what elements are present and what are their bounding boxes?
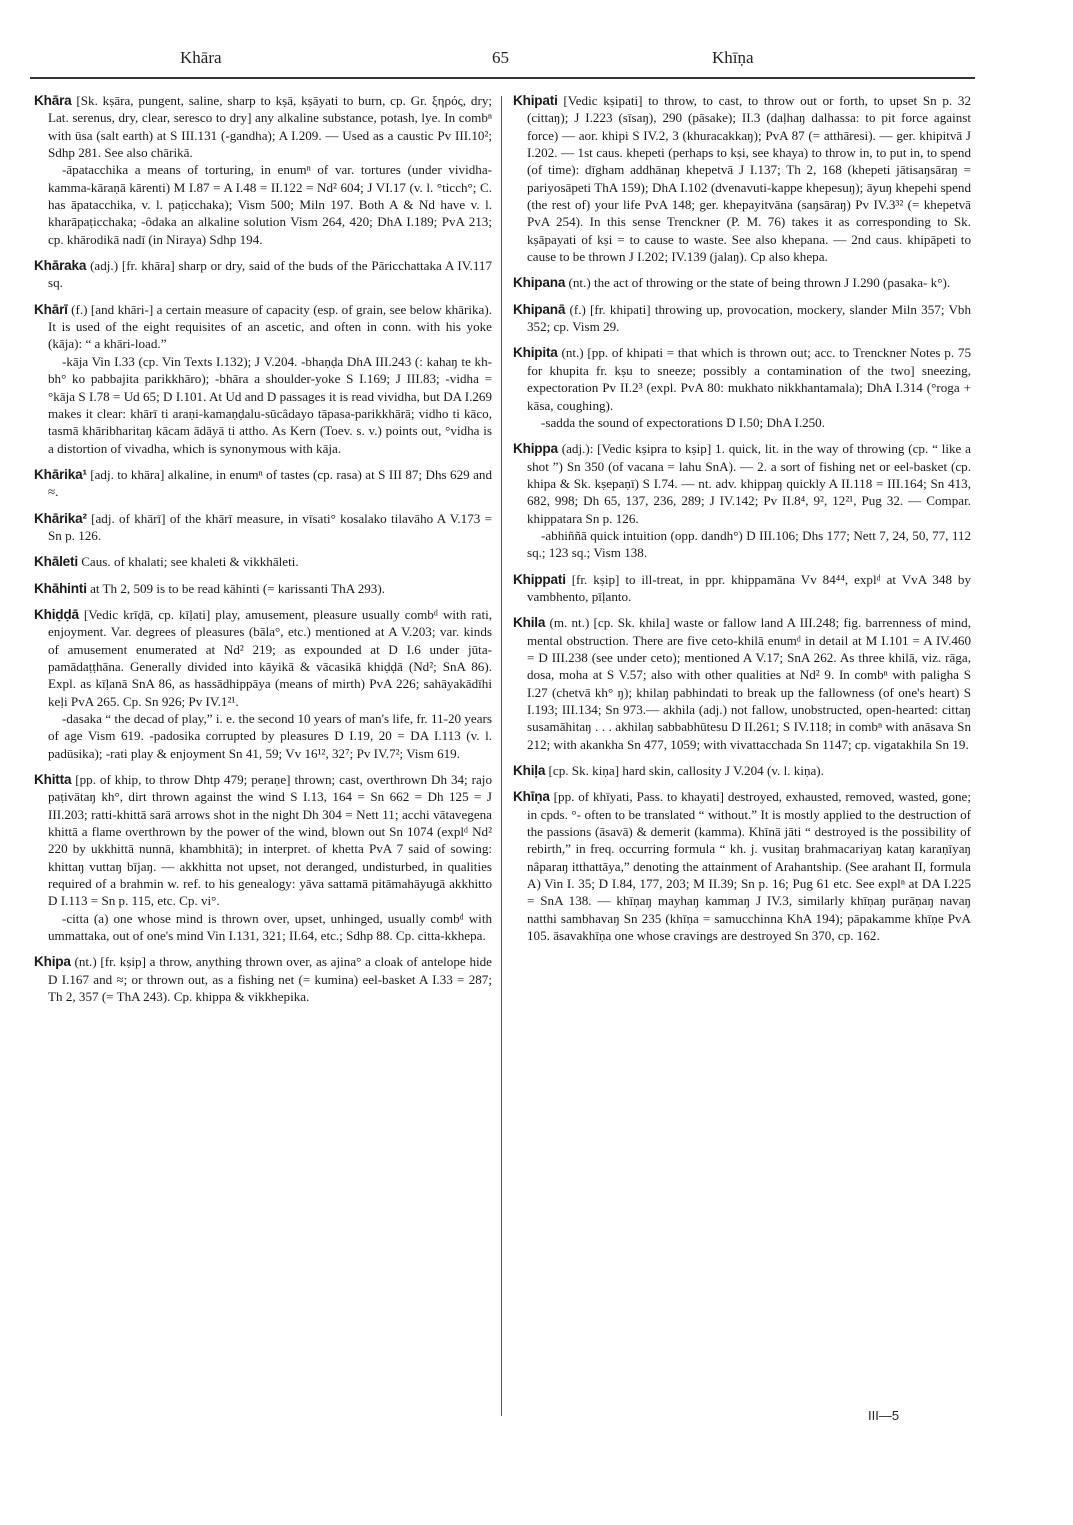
headword: Khārika¹ <box>34 467 87 482</box>
entry-definition: [Vedic kṣipati] to throw, to cast, to th… <box>527 93 971 264</box>
entry-definition: (adj.): [Vedic kṣipra to kṣip] 1. quick,… <box>527 441 971 525</box>
dictionary-entry-khippa: Khippa (adj.): [Vedic kṣipra to kṣip] 1.… <box>513 440 971 561</box>
signature-mark: III—5 <box>868 1408 899 1423</box>
entry-definition: [pp. of khīyati, Pass. to khayati] destr… <box>527 789 971 943</box>
entry-definition: (adj.) [fr. khāra] sharp or dry, said of… <box>48 258 492 290</box>
entry-definition: (m. nt.) [cp. Sk. khila] waste or fallow… <box>527 615 971 751</box>
dictionary-entry-khipita: Khipita (nt.) [pp. of khipati = that whi… <box>513 344 971 431</box>
dictionary-entry-kha-rika: Khārika² [adj. of khārī] of the khārī me… <box>34 510 492 545</box>
header-rule <box>30 77 975 79</box>
entry-definition: at Th 2, 509 is to be read kāhinti (= ka… <box>90 581 385 596</box>
headword: Khāleti <box>34 554 78 569</box>
headword: Khipa <box>34 954 71 969</box>
entry-definition: [fr. kṣip] to ill-treat, in ppr. khippam… <box>527 572 971 604</box>
headword: Khippa <box>513 441 558 456</box>
left-column: Khāra [Sk. kṣāra, pungent, saline, sharp… <box>34 92 492 1015</box>
right-guideword: Khīṇa <box>712 48 754 68</box>
headword: Khārika² <box>34 511 87 526</box>
dictionary-entry-kha-ra: Khāra [Sk. kṣāra, pungent, saline, sharp… <box>34 92 492 248</box>
headword: Khipati <box>513 93 558 108</box>
entry-definition: (f.) [and khāri-] a certain measure of c… <box>48 302 492 352</box>
headword: Khārī <box>34 302 68 317</box>
dictionary-entry-khila: Khila (m. nt.) [cp. Sk. khila] waste or … <box>513 614 971 753</box>
entry-definition: (f.) [fr. khipati] throwing up, provocat… <box>527 302 971 334</box>
entry-definition: [cp. Sk. kiṇa] hard skin, callosity J V.… <box>549 763 824 778</box>
entry-definition: (nt.) [fr. kṣip] a throw, anything throw… <box>48 954 492 1004</box>
compound-subentry: -abhiññā quick intuition (opp. dandh°) D… <box>527 527 971 562</box>
dictionary-entry-kha-rika: Khārika¹ [adj. to khāra] alkaline, in en… <box>34 466 492 501</box>
dictionary-entry-kha-ri: Khārī (f.) [and khāri-] a certain measur… <box>34 301 492 457</box>
entry-definition: [Vedic krīḍā, cp. kīḷati] play, amusemen… <box>48 607 492 709</box>
headword: Khipana <box>513 275 565 290</box>
dictionary-entry-kha-leti: Khāleti Caus. of khalati; see khaleti & … <box>34 553 492 570</box>
page-number: 65 <box>492 48 509 68</box>
headword: Khīṇa <box>513 789 550 804</box>
headword: Khāhinti <box>34 581 87 596</box>
dictionary-entry-khippati: Khippati [fr. kṣip] to ill-treat, in ppr… <box>513 571 971 606</box>
right-column: Khipati [Vedic kṣipati] to throw, to cas… <box>513 92 971 953</box>
dictionary-entry-kha-raka: Khāraka (adj.) [fr. khāra] sharp or dry,… <box>34 257 492 292</box>
column-divider <box>501 96 502 1416</box>
dictionary-entry-kha-hinti: Khāhinti at Th 2, 509 is to be read kāhi… <box>34 580 492 597</box>
left-guideword: Khāra <box>180 48 222 68</box>
dictionary-entry-khipana: Khipana (nt.) the act of throwing or the… <box>513 274 971 291</box>
dictionary-entry-khipana: Khipanā (f.) [fr. khipati] throwing up, … <box>513 301 971 336</box>
running-head: Khāra 65 Khīṇa <box>30 48 973 74</box>
headword: Khipita <box>513 345 558 360</box>
headword: Khipanā <box>513 302 565 317</box>
entry-definition: (nt.) the act of throwing or the state o… <box>569 275 951 290</box>
headword: Khitta <box>34 772 71 787</box>
dictionary-entry-khipa: Khipa (nt.) [fr. kṣip] a throw, anything… <box>34 953 492 1005</box>
entry-definition: (nt.) [pp. of khipati = that which is th… <box>527 345 971 412</box>
headword: Khippati <box>513 572 566 587</box>
headword: Khāra <box>34 93 72 108</box>
dictionary-entry-khitta: Khitta [pp. of khip, to throw Dhtp 479; … <box>34 771 492 944</box>
compound-subentry: -citta (a) one whose mind is thrown over… <box>48 910 492 945</box>
compound-subentry: -sadda the sound of expectorations D I.5… <box>527 414 971 431</box>
compound-subentry: -āpatacchika a means of torturing, in en… <box>48 161 492 248</box>
dictionary-entry-khi-n-a: Khīṇa [pp. of khīyati, Pass. to khayati]… <box>513 788 971 944</box>
compound-subentry: -kāja Vin I.33 (cp. Vin Texts I.132); J … <box>48 353 492 457</box>
dictionary-entry-khid-d-a: Khiḍḍā [Vedic krīḍā, cp. kīḷati] play, a… <box>34 606 492 762</box>
entry-definition: [pp. of khip, to throw Dhtp 479; peraṇe]… <box>48 772 492 908</box>
entry-definition: [Sk. kṣāra, pungent, saline, sharp to kṣ… <box>48 93 492 160</box>
dictionary-entry-khipati: Khipati [Vedic kṣipati] to throw, to cas… <box>513 92 971 265</box>
headword: Khiḍḍā <box>34 607 79 622</box>
compound-subentry: -dasaka “ the decad of play,” i. e. the … <box>48 710 492 762</box>
headword: Khila <box>513 615 545 630</box>
headword: Khāraka <box>34 258 86 273</box>
entry-definition: Caus. of khalati; see khaleti & vikkhāle… <box>81 554 298 569</box>
entry-definition: [adj. of khārī] of the khārī measure, in… <box>48 511 492 543</box>
entry-definition: [adj. to khāra] alkaline, in enumⁿ of ta… <box>48 467 492 499</box>
headword: Khiḷa <box>513 763 545 778</box>
dictionary-entry-khil-a: Khiḷa [cp. Sk. kiṇa] hard skin, callosit… <box>513 762 971 779</box>
